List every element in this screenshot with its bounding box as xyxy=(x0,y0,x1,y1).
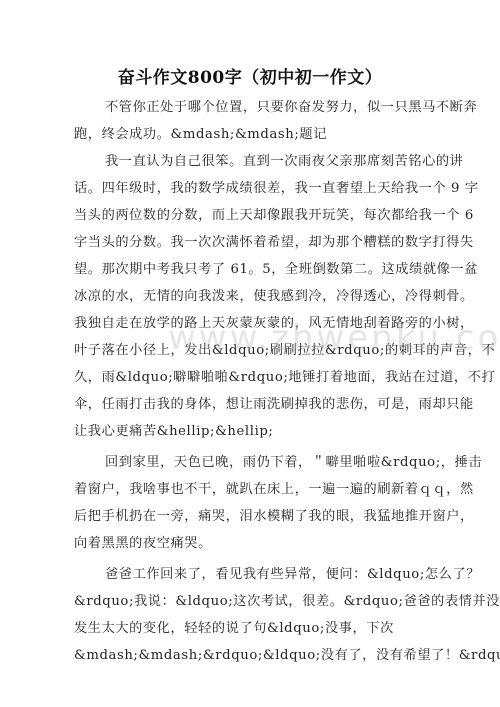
text-line: 话。四年级时，我的数学成绩很差，我一直奢望上天给我一个 9 字 xyxy=(74,177,479,196)
text-line: 我独自走在放学的路上天灰蒙灰蒙的，风无情地刮着路旁的小树， xyxy=(74,312,474,331)
text-line: 望。那次期中考我只考了 61。5，全班倒数第二。这成绩就像一盆 xyxy=(74,258,478,277)
document-page: 奋斗作文800字（初中初一作文） 不管你正处于哪个位置，只要你奋发努力，似一只黑… xyxy=(0,0,500,707)
text-line: 发生太大的变化，轻轻的说了句&ldquo;没事，下次 xyxy=(74,617,394,636)
text-line: 后把手机扔在一旁，痛哭，泪水模糊了我的眼，我猛地推开窗户， xyxy=(74,505,474,524)
text-line: 向着黑黑的夜空痛哭。 xyxy=(74,532,212,551)
text-line: 久，雨&ldquo;噼噼啪啪&rdquo;地锤打着地面，我站在过道，不打 xyxy=(74,366,495,385)
text-line: 爸爸工作回来了，看见我有些异常，便问：&ldquo;怎么了？ xyxy=(105,563,480,582)
text-line: 着窗户，我啥事也不干，就趴在床上，一遍一遍的刷新着ｑｑ，然 xyxy=(74,478,474,497)
text-line: 不管你正处于哪个位置，只要你奋发努力，似一只黑马不断奔 xyxy=(105,96,477,115)
text-line: 冰凉的水，无情的向我泼来，使我感到冷，冷得透心，冷得刺骨。 xyxy=(74,285,474,304)
text-line: &mdash;&mdash;&rdquo;&ldquo;没有了，没有希望了！&r… xyxy=(74,644,500,663)
text-line: 伞，任雨打击我的身体，想让雨洗刷掉我的悲伤，可是，雨却只能 xyxy=(74,393,474,412)
text-line: &rdquo;我说：&ldquo;这次考试，很差。&rdquo;爸爸的表情并没有 xyxy=(74,590,500,609)
text-line: 我一直认为自己很笨。直到一次雨夜父亲那席刻苦铭心的讲 xyxy=(105,150,463,169)
text-line: 叶子落在小径上，发出&ldquo;刷刷拉拉&rdquo;的刺耳的声音，不 xyxy=(74,339,495,358)
text-line: 字当头的分数。我一次次满怀着希望，却为那个糟糕的数字打得失 xyxy=(74,231,474,250)
text-line: 跑，终会成功。&mdash;&mdash;题记 xyxy=(74,123,327,142)
text-line: 让我心更痛苦&hellip;&hellip; xyxy=(74,420,273,439)
text-line: 当头的两位数的分数，而上天却像跟我开玩笑，每次都给我一个 6 xyxy=(74,204,474,223)
document-title: 奋斗作文800字（初中初一作文） xyxy=(0,63,500,88)
text-line: 回到家里，天色已晚，雨仍下着，＂噼里啪啦&rdquo;，捶击 xyxy=(105,451,482,470)
